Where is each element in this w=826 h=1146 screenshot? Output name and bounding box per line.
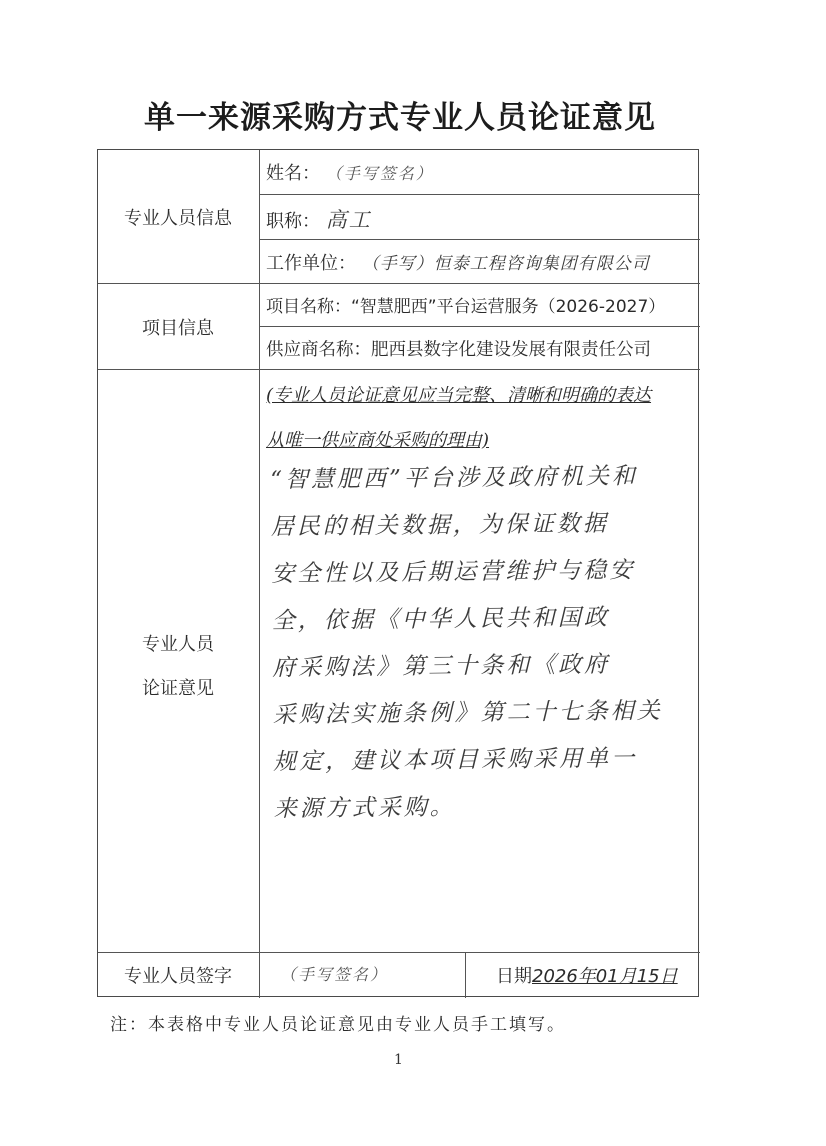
name-field: 姓名： （手写签名） (266, 159, 434, 185)
expert-signature: （手写签名） (280, 962, 388, 985)
page-number: 1 (394, 1052, 403, 1068)
footnote: 注：本表格中专业人员论证意见由专业人员手工填写。 (110, 1010, 566, 1035)
column-divider (259, 150, 260, 998)
opinion-line: 规定，建议本项目采购采用单一 (273, 735, 693, 786)
opinion-line: 安全性以及后期运营维护与稳安 (271, 547, 691, 598)
opinion-line: 采购法实施条例》第二十七条相关 (273, 688, 693, 739)
employer-value: （手写）恒泰工程咨询集团有限公司 (362, 254, 650, 274)
opinion-line: 居民的相关数据，为保证数据 (271, 500, 691, 551)
date-label: 日期 (496, 966, 532, 987)
name-label: 姓名： (266, 163, 320, 184)
project-name-value: “智慧肥西”平台运营服务（2026-2027） (351, 297, 665, 317)
opinion-line: 府采购法》第三十条和《政府 (272, 641, 692, 692)
opinion-line: 全，依据《中华人民共和国政 (272, 594, 692, 645)
opinion-instruction-line1: (专业人员论证意见应当完整、清晰和明确的表达 (266, 381, 651, 407)
column-divider (465, 952, 466, 998)
handwritten-opinion: “智慧肥西”平台涉及政府机关和 居民的相关数据，为保证数据 安全性以及后期运营维… (270, 453, 694, 833)
supplier-field: 供应商名称：肥西县数字化建设发展有限责任公司 (266, 336, 651, 361)
row-divider (259, 194, 700, 195)
project-name-field: 项目名称：“智慧肥西”平台运营服务（2026-2027） (266, 292, 665, 317)
project-name-label: 项目名称： (266, 297, 351, 317)
section-divider (98, 283, 700, 284)
opinion-line: “智慧肥西”平台涉及政府机关和 (270, 453, 690, 504)
title-field: 职称： 高工 (266, 204, 372, 234)
row-divider (259, 239, 700, 240)
section-divider (98, 369, 700, 370)
opinion-label-line2: 论证意见 (97, 674, 259, 700)
name-signature: （手写签名） (326, 164, 434, 183)
date-field: 日期2026年01月15日 (496, 962, 678, 988)
expert-info-label: 专业人员信息 (97, 204, 259, 230)
date-value: 2026年01月15日 (532, 966, 678, 987)
employer-label: 工作单位： (266, 253, 356, 274)
row-divider (259, 326, 700, 327)
signature-label: 专业人员签字 (97, 962, 259, 988)
section-divider (98, 952, 700, 953)
supplier-label: 供应商名称： (266, 340, 371, 360)
employer-field: 工作单位： （手写）恒泰工程咨询集团有限公司 (266, 249, 650, 275)
title-value: 高工 (326, 208, 372, 232)
supplier-value: 肥西县数字化建设发展有限责任公司 (371, 340, 651, 360)
opinion-instruction-line2: 从唯一供应商处采购的理由) (266, 426, 489, 452)
opinion-label-line1: 专业人员 (97, 630, 259, 656)
project-info-label: 项目信息 (97, 314, 259, 340)
title-label: 职称： (266, 211, 320, 232)
opinion-line: 来源方式采购。 (273, 782, 693, 833)
document-title: 单一来源采购方式专业人员论证意见 (0, 92, 800, 137)
